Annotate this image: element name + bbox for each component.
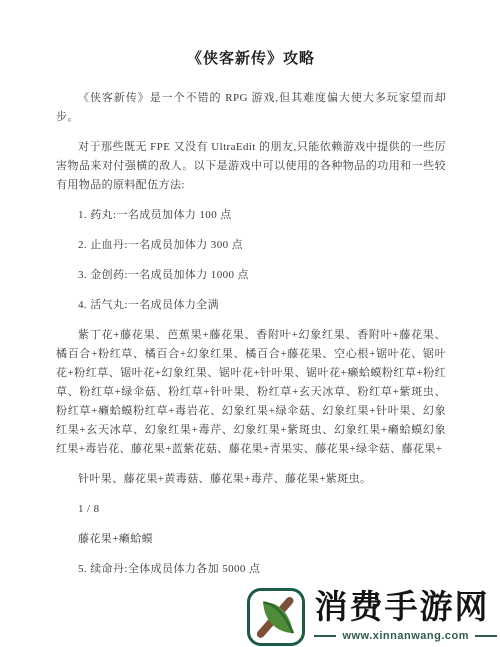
item-5-life-pill: 5. 续命丹:全体成员体力各加 5000 点: [56, 560, 446, 579]
logo-svg: [253, 594, 299, 640]
item-2-hemostatic: 2. 止血丹:一名成员加体力 300 点: [56, 236, 446, 255]
site-url-row: www.xinnanwang.com: [314, 630, 497, 642]
recipes-paragraph: 紫丁花+藤花果、芭蕉果+藤花果、香附叶+幻象红果、香附叶+藤花果、橘百合+粉红草…: [56, 326, 446, 459]
stick-and-leaf-logo-icon: [247, 588, 305, 646]
divider-line-right: [475, 635, 497, 637]
watermark-text-block: 消费手游网 www.xinnanwang.com: [314, 592, 497, 642]
tips-paragraph: 对于那些既无 FPE 又没有 UltraEdit 的朋友,只能依赖游戏中提供的一…: [56, 138, 446, 195]
item-1-pill: 1. 药丸:一名成员加体力 100 点: [56, 206, 446, 225]
item-4-vitality-pill: 4. 活气丸:一名成员体力全满: [56, 296, 446, 315]
intro-paragraph: 《侠客新传》是一个不错的 RPG 游戏,但其难度偏大使大多玩家望而却步。: [56, 89, 446, 127]
item-3-golden-salve: 3. 金创药:一名成员加体力 1000 点: [56, 266, 446, 285]
site-watermark: 消费手游网 www.xinnanwang.com: [247, 588, 497, 646]
recipe-fragment: 藤花果+癞蛤蟆: [56, 530, 446, 549]
recipes-continued-paragraph: 针叶果、藤花果+黄毒菇、藤花果+毒芹、藤花果+紫斑虫。: [56, 470, 446, 489]
site-url: www.xinnanwang.com: [342, 630, 469, 642]
document-page: 《侠客新传》攻略 《侠客新传》是一个不错的 RPG 游戏,但其难度偏大使大多玩家…: [0, 0, 500, 590]
document-title: 《侠客新传》攻略: [56, 47, 446, 68]
site-name: 消费手游网: [314, 592, 497, 625]
page-number: 1 / 8: [56, 500, 446, 519]
divider-line-left: [314, 635, 336, 637]
